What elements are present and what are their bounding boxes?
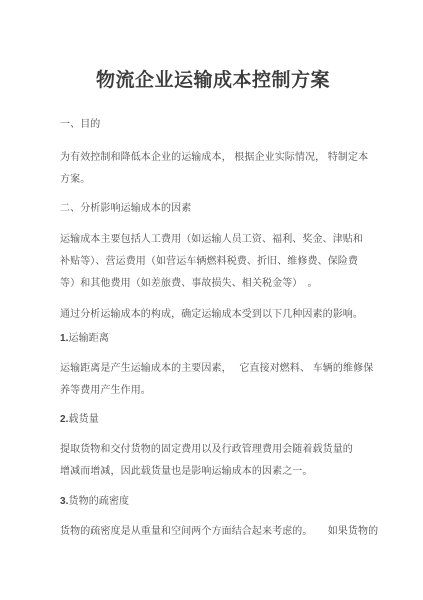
- section-heading-factors: 二、分析影响运输成本的因素: [60, 198, 366, 220]
- paragraph-cost-composition: 运输成本主要包括人工费用（如运输人员工资、福利、奖金、津贴和 补贴等）、营运费用…: [60, 229, 366, 295]
- paragraph-distance: 运输距离是产生运输成本的主要因素， 它直接对燃料、 车辆的维修保 养等费用产生作…: [60, 358, 366, 402]
- paragraph-line: 增减而增减，因此载货量也是影响运输成本的因素之一。: [60, 461, 366, 483]
- document-page: 物流企业运输成本控制方案 一、目的 为有效控制和降低本企业的运输成本， 根据企业…: [0, 0, 423, 600]
- paragraph-purpose: 为有效控制和降低本企业的运输成本， 根据企业实际情况， 特制定本 方案。: [60, 147, 366, 191]
- subheading-load-capacity: 2.载货量: [60, 409, 366, 431]
- subheading-text: 运输距离: [69, 333, 109, 344]
- subheading-cargo-density: 3.货物的疏密度: [60, 491, 366, 513]
- subheading-number: 1.: [60, 333, 69, 344]
- document-title: 物流企业运输成本控制方案: [60, 68, 366, 94]
- section-heading-purpose: 一、目的: [60, 114, 366, 136]
- paragraph-density: 货物的疏密度是从重量和空间两个方面结合起来考虑的。 如果货物的: [60, 521, 366, 543]
- paragraph-line: 运输距离是产生运输成本的主要因素， 它直接对燃料、 车辆的维修保: [60, 358, 366, 380]
- subheading-number: 3.: [60, 496, 69, 507]
- subheading-text: 货物的疏密度: [69, 496, 130, 507]
- paragraph-line: 等）和其他费用（如差旅费、事故损失、相关税金等） 。: [60, 273, 366, 295]
- paragraph-line: 通过分析运输成本的构成，确定运输成本受到以下几种因素的影响。: [60, 304, 366, 326]
- paragraph-line: 运输成本主要包括人工费用（如运输人员工资、福利、奖金、津贴和: [60, 229, 366, 251]
- paragraph-factors-intro: 通过分析运输成本的构成，确定运输成本受到以下几种因素的影响。: [60, 304, 366, 326]
- subheading-number: 2.: [60, 414, 69, 425]
- paragraph-load: 提取货物和交付货物的固定费用以及行政管理费用会随着载货量的 增减而增减，因此载货…: [60, 439, 366, 483]
- subheading-transport-distance: 1.运输距离: [60, 328, 366, 350]
- paragraph-line: 补贴等）、营运费用（如营运车辆燃料税费、折旧、维修费、保险费: [60, 251, 366, 273]
- paragraph-line: 货物的疏密度是从重量和空间两个方面结合起来考虑的。 如果货物的: [60, 521, 366, 543]
- paragraph-line: 为有效控制和降低本企业的运输成本， 根据企业实际情况， 特制定本: [60, 147, 366, 169]
- paragraph-line: 养等费用产生作用。: [60, 380, 366, 402]
- paragraph-line: 方案。: [60, 169, 366, 191]
- paragraph-line: 提取货物和交付货物的固定费用以及行政管理费用会随着载货量的: [60, 439, 366, 461]
- subheading-text: 载货量: [69, 414, 99, 425]
